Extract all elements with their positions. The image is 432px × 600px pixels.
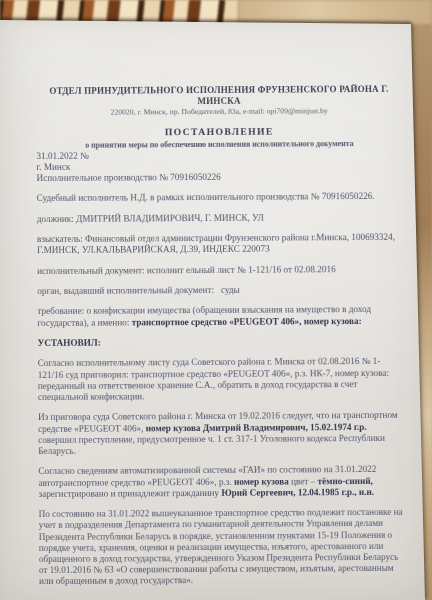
meta-row: 31.01.2022 № г. Минск Исполнительное про… <box>36 148 402 184</box>
ghost-text-impression <box>0 0 80 1</box>
case-reference: Исполнительное производство № 7091605022… <box>37 171 403 184</box>
ink-speck <box>0 0 5 7</box>
photo-of-document: ОТДЕЛ ПРИНУДИТЕЛЬНОГО ИСПОЛНЕНИЯ ФРУНЗЕН… <box>0 0 432 600</box>
exec-doc-line: исполнительный документ: исполнит ельный… <box>37 263 403 276</box>
bold-text: номер кузова <box>234 476 289 486</box>
paragraph-registration: По состоянию на 31.01.2022 вышеуказанное… <box>39 507 405 588</box>
debtor-line: должник: ДМИТРИЙ ВЛАДИМИРОВИЧ, Г. МИНСК,… <box>37 211 403 224</box>
org-name-line1: ОТДЕЛ ПРИНУДИТЕЛЬНОГО ИСПОЛНЕНИЯ ФРУНЗЕН… <box>36 84 402 97</box>
resolved-heading: УСТАНОВИЛ: <box>38 336 404 349</box>
paragraph-court-order: Согласно исполнительному листу суда Сове… <box>38 356 404 403</box>
bold-text: тёмно-синий, <box>318 476 373 486</box>
paragraph-verdict: Из приговора суда Советского района г. М… <box>38 410 404 457</box>
claimant-line: взыскатель: Финансовый отдел администрац… <box>37 232 403 257</box>
org-address: 220020, г. Минск, пр. Победителей, 83а, … <box>36 106 402 118</box>
paragraph-gai-records: Согласно сведениям автоматизированной си… <box>38 464 404 500</box>
ink-speck <box>0 7 3 13</box>
paper-sheet: ОТДЕЛ ПРИНУДИТЕЛЬНОГО ИСПОЛНЕНИЯ ФРУНЗЕН… <box>0 0 432 600</box>
issuing-body-line: орган, выдавший исполнительный документ:… <box>37 284 403 297</box>
meta-left: 31.01.2022 № г. Минск <box>36 148 402 173</box>
ghost-text-impression <box>0 0 112 3</box>
paper-sheet-wrap: ОТДЕЛ ПРИНУДИТЕЛЬНОГО ИСПОЛНЕНИЯ ФРУНЗЕН… <box>0 0 432 600</box>
bold-text: УСТАНОВИЛ: <box>38 338 101 348</box>
document-paragraphs: Судебный исполнитель Н.Д. в рамках испол… <box>37 191 405 588</box>
bold-text: Юрий Сергеевич, 12.04.1985 г.р., и.н. <box>221 487 374 498</box>
bold-text: номер кузова <box>146 423 201 433</box>
bold-text: Дмитрий Владимирович, 15.02.1974 г.р. <box>203 422 367 433</box>
org-name-line2: МИНСКА <box>36 94 402 107</box>
document-content: ОТДЕЛ ПРИНУДИТЕЛЬНОГО ИСПОЛНЕНИЯ ФРУНЗЕН… <box>36 84 405 597</box>
ink-speck <box>0 13 3 16</box>
executor-line: Судебный исполнитель Н.Д. в рамках испол… <box>37 191 403 204</box>
demand-line: требование: о конфискации имущества (обр… <box>37 304 403 329</box>
org-name: ОТДЕЛ ПРИНУДИТЕЛЬНОГО ИСПОЛНЕНИЯ ФРУНЗЕН… <box>36 84 402 107</box>
document-title: ПОСТАНОВЛЕНИЕ <box>36 126 402 139</box>
margin-mark <box>0 30 3 34</box>
bold-text: транспортное средство «PEUGEOT 406», ном… <box>132 316 362 327</box>
